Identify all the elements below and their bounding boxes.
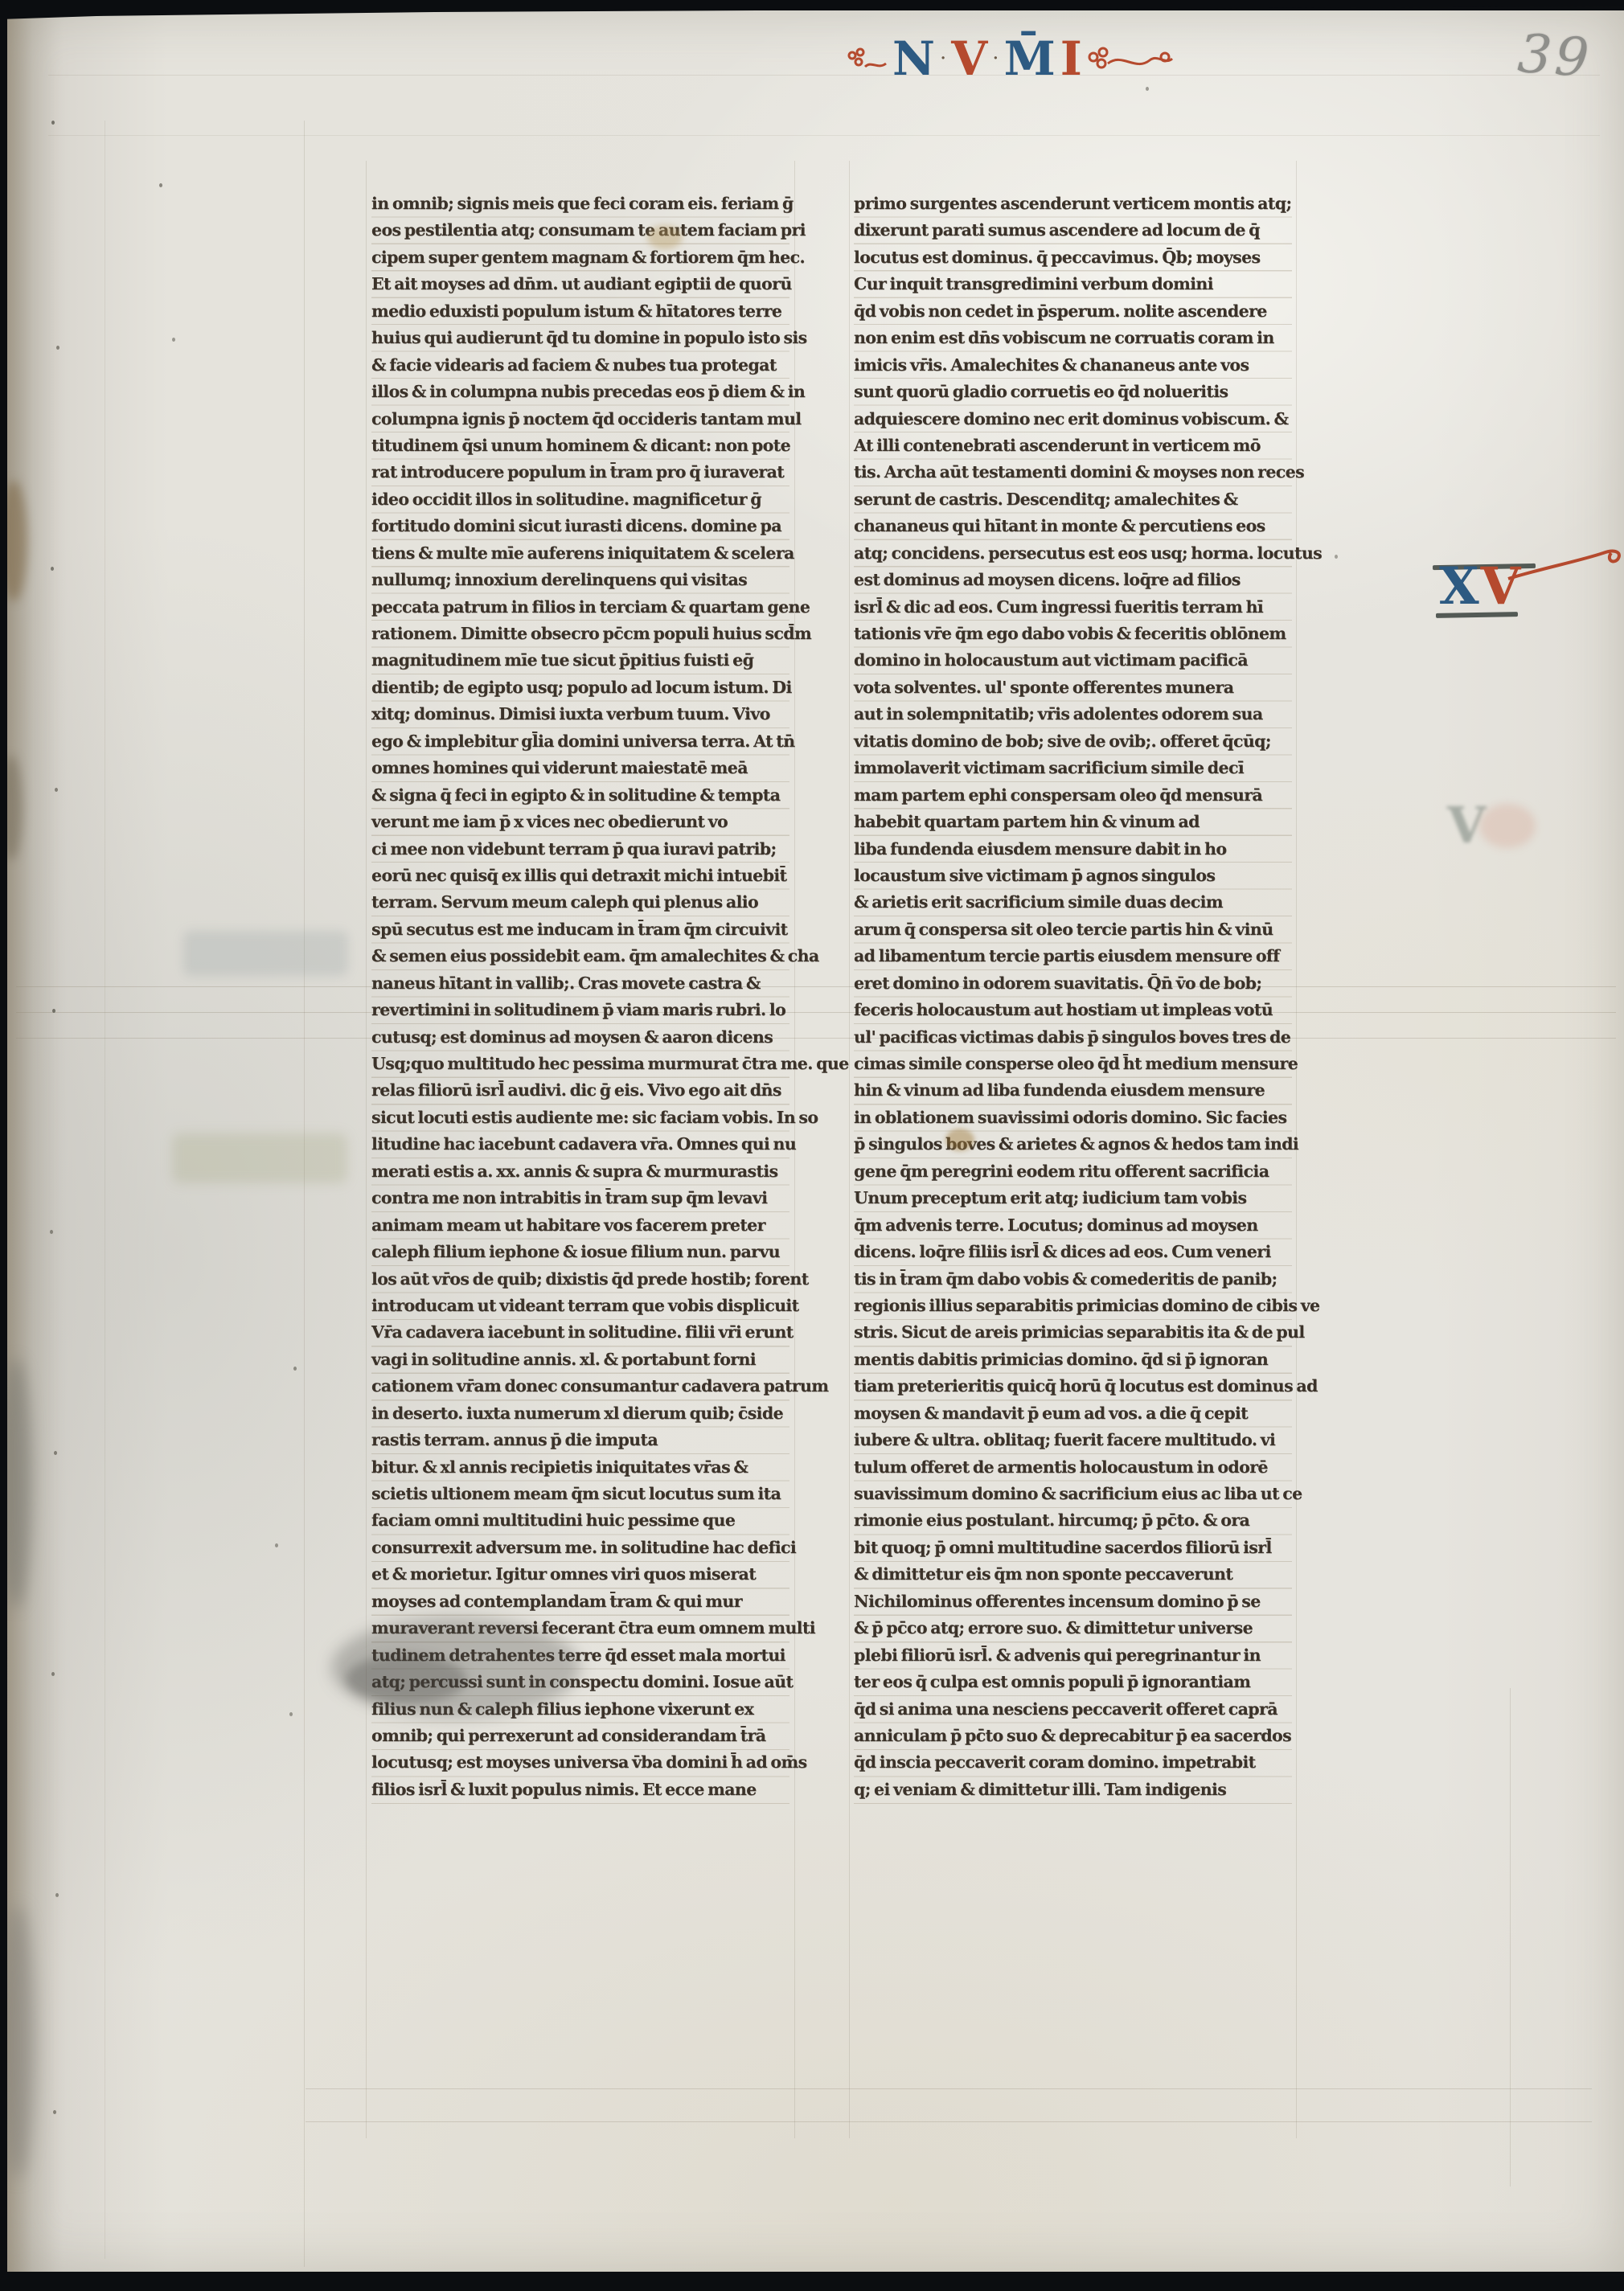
text-line: Nichilominus offerentes incensum domino … bbox=[854, 1588, 1292, 1615]
text-line: rimonie eius postulant. hircumq; p̄ pc̄t… bbox=[854, 1507, 1292, 1534]
ink-smudge bbox=[346, 1654, 466, 1704]
text-line: q̄d vobis non cedet in p̄sperum. nolite … bbox=[854, 298, 1292, 325]
stain bbox=[647, 225, 683, 249]
text-line: stris. Sicut de areis primicias separabi… bbox=[854, 1319, 1292, 1346]
text-line: bit quoq; p̄ omni multitudine sacerdos f… bbox=[854, 1535, 1292, 1561]
text-line: peccata patrum in filios in terciam & qu… bbox=[371, 594, 789, 621]
running-title-letter: M̄ bbox=[1004, 35, 1056, 82]
text-line: los aūt vr̄os de quib; dixistis q̄d pre… bbox=[371, 1266, 789, 1293]
text-line: sicut locuti estis audiente me: sic faci… bbox=[371, 1105, 789, 1131]
speck bbox=[172, 338, 175, 342]
text-line: nullumq; innoxium derelinquens qui visit… bbox=[371, 567, 789, 593]
stain bbox=[945, 1129, 974, 1151]
text-line: ad libamentum tercie partis eiusdem mens… bbox=[854, 943, 1292, 969]
ruling-line bbox=[306, 2088, 1592, 2089]
text-line: medio eduxisti populum istum & hītatore… bbox=[371, 298, 789, 325]
pricking-hole bbox=[51, 567, 54, 571]
text-line: Cur inquit transgredimini verbum domini bbox=[854, 271, 1292, 297]
text-line: non enim est dn̄s vobiscum ne corruatis … bbox=[854, 325, 1292, 351]
ruling-line bbox=[48, 75, 1600, 76]
chapter-marker-xv: XV bbox=[1433, 553, 1624, 641]
text-line: tiam preterieritis quicq̄ horū q̄ locut… bbox=[854, 1373, 1292, 1400]
text-line: chananeus qui hītant in monte & percuti… bbox=[854, 513, 1292, 539]
ruling-line bbox=[16, 1012, 1616, 1013]
text-line: rationem. Dimitte obsecro pc̄cm populi h… bbox=[371, 621, 789, 647]
rubric-flourish-left-icon bbox=[846, 46, 888, 78]
pricking-hole bbox=[53, 2110, 56, 2114]
speck bbox=[1335, 555, 1338, 559]
text-line: regionis illius separabitis primicias do… bbox=[854, 1293, 1292, 1319]
speck bbox=[275, 1543, 278, 1547]
pricking-hole bbox=[55, 1893, 59, 1897]
text-line: immolaverit victimam sacrificium simile … bbox=[854, 755, 1292, 781]
text-line: ideo occidit illos in solitudine. magnif… bbox=[371, 486, 789, 513]
text-line: & signa q̄ feci in egipto & in solitudin… bbox=[371, 782, 789, 809]
text-line: Usq;quo multitudo hec pessima murmurat c… bbox=[371, 1051, 789, 1077]
text-line: spū secutus est me inducam in t̄ram q̄m… bbox=[371, 916, 789, 943]
text-line: vitatis domino de bob; sive de ovib;. of… bbox=[854, 728, 1292, 755]
pricking-hole bbox=[51, 121, 55, 125]
text-line: ter eos q̄ culpa est omnis populi p̄ ign… bbox=[854, 1669, 1292, 1695]
text-line: ul' pacificas victimas dabis p̄ singulos… bbox=[854, 1024, 1292, 1051]
text-line: consurrexit adversum me. in solitudine h… bbox=[371, 1535, 789, 1561]
text-line: isrl̄ & dic ad eos. Cum ingressi fueriti… bbox=[854, 594, 1292, 621]
text-line: cimas simile consperse oleo q̄d h̄t medi… bbox=[854, 1051, 1292, 1077]
text-line: illos & in columpna nubis precedas eos p… bbox=[371, 379, 789, 405]
text-line: serunt de castris. Descenditq; amalechit… bbox=[854, 486, 1292, 513]
text-line: moyses ad contemplandam t̄ram & qui mur bbox=[371, 1588, 789, 1615]
text-line: domino in holocaustum aut victimam pacif… bbox=[854, 647, 1292, 674]
text-line: cationem vr̄am donec consumantur cadaver… bbox=[371, 1373, 789, 1400]
title-separator-dot: · bbox=[940, 35, 946, 82]
text-line: tiens & multe mīe auferens iniquitatem … bbox=[371, 540, 789, 567]
text-line: & p̄ pc̄co atq; errore suo. & dimittetur… bbox=[854, 1615, 1292, 1641]
text-line: locutusq; est moyses universa v̄ba domin… bbox=[371, 1749, 789, 1776]
text-line: tis in t̄ram q̄m dabo vobis & comederiti… bbox=[854, 1266, 1292, 1293]
text-line: & semen eius possidebit eam. q̄m amalech… bbox=[371, 943, 789, 969]
ruling-line bbox=[1510, 1688, 1511, 2186]
text-line: eos pestilentia atq; consumam te autem f… bbox=[371, 217, 789, 244]
text-line: vagi in solitudine annis. xl. & portabun… bbox=[371, 1346, 789, 1373]
pricking-hole bbox=[54, 1451, 57, 1455]
text-line: ego & implebitur gl̄ia domini universa t… bbox=[371, 728, 789, 755]
text-line: tationis vr̄e q̄m ego dabo vobis & fecer… bbox=[854, 621, 1292, 647]
text-line: p̄ singulos boves & arietes & agnos & he… bbox=[854, 1131, 1292, 1158]
text-line: in omnib; signis meis que feci coram eis… bbox=[371, 191, 789, 217]
speck bbox=[293, 1367, 297, 1371]
text-line: rat introducere populum in t̄ram pro q̄ … bbox=[371, 459, 789, 486]
photo-edge-left bbox=[0, 0, 7, 2291]
text-line: hin & vinum ad liba fundenda eiusdem men… bbox=[854, 1077, 1292, 1104]
ruling-line bbox=[849, 161, 850, 2138]
text-line: suavissimum domino & sacrificium eius ac… bbox=[854, 1481, 1292, 1507]
text-line: contra me non intrabitis in t̄ram sup q̄… bbox=[371, 1185, 789, 1211]
text-line: omnes homines qui viderunt maiestatē me… bbox=[371, 755, 789, 781]
text-line: q̄m advenis terre. Locutus; dominus ad m… bbox=[854, 1212, 1292, 1239]
text-line: bitur. & xl annis recipietis iniquitates… bbox=[371, 1454, 789, 1481]
folio-number: 39 bbox=[1515, 23, 1616, 91]
text-line: sunt quorū gladio corruetis eo q̄d nolu… bbox=[854, 379, 1292, 405]
pricking-hole bbox=[56, 346, 59, 350]
show-through-mark bbox=[1479, 804, 1536, 848]
text-line: anniculam p̄ pc̄to suo & deprecabitur p̄… bbox=[854, 1723, 1292, 1749]
running-title-letter: N bbox=[892, 35, 935, 82]
text-line: est dominus ad moysen dicens. loq̄re ad … bbox=[854, 567, 1292, 593]
text-line: At illi contenebrati ascenderunt in vert… bbox=[854, 432, 1292, 459]
text-line: tis. Archa aūt testamenti domini & moys… bbox=[854, 459, 1292, 486]
text-line: locaustum sive victimam p̄ agnos singulo… bbox=[854, 863, 1292, 889]
ruling-line bbox=[105, 121, 105, 2259]
text-line: locutus est dominus. q̄ peccavimus. Q̄b;… bbox=[854, 244, 1292, 271]
rubric-flourish-right-icon bbox=[1087, 44, 1175, 80]
chapter-letter: X bbox=[1439, 556, 1481, 617]
text-line: relas filiorū isrl̄ audivi. dic ḡ eis. … bbox=[371, 1077, 789, 1104]
text-line: merati estis a. xx. annis & supra & murm… bbox=[371, 1158, 789, 1185]
pricking-hole bbox=[52, 1009, 55, 1013]
text-line: xitq; dominus. Dimisi iuxta verbum tuum.… bbox=[371, 701, 789, 727]
show-through-mark bbox=[172, 1133, 347, 1183]
ruling-line bbox=[48, 135, 1600, 136]
text-line: magnitudinem mīe tue sicut p̄pitius fui… bbox=[371, 647, 789, 674]
pricking-hole bbox=[50, 1230, 53, 1234]
text-line: caleph filium iephone & iosue filium nun… bbox=[371, 1239, 789, 1265]
text-line: mentis dabitis primicias domino. q̄d si … bbox=[854, 1346, 1292, 1373]
running-title-letter: V bbox=[951, 35, 987, 82]
text-line: q; ei veniam & dimittetur illi. Tam indi… bbox=[854, 1777, 1292, 1803]
text-line: verunt me iam p̄ x vices nec obedierunt … bbox=[371, 809, 789, 835]
text-line: eret domino in odorem suavitatis. Q̄n̄ v… bbox=[854, 970, 1292, 997]
text-line: mam partem ephi conspersam oleo q̄d mens… bbox=[854, 782, 1292, 809]
speck bbox=[1146, 87, 1149, 91]
text-line: aut in solempnitatib; vr̄is adolentes od… bbox=[854, 701, 1292, 727]
text-line: fortitudo domini sicut iurasti dicens. d… bbox=[371, 513, 789, 539]
speck bbox=[159, 183, 162, 187]
speck bbox=[289, 1712, 293, 1716]
text-line: terram. Servum meum caleph qui plenus al… bbox=[371, 889, 789, 916]
text-line: cipem super gentem magnam & fortiorem q̄… bbox=[371, 244, 789, 271]
text-line: iubere & ultra. oblitaq; fuerit facere m… bbox=[854, 1427, 1292, 1453]
text-line: gene q̄m peregrini eodem ritu offerent s… bbox=[854, 1158, 1292, 1185]
text-line: eorū nec quisq̄ ex illis qui detraxit m… bbox=[371, 863, 789, 889]
text-line: rastis terram. annus p̄ die imputa bbox=[371, 1427, 789, 1453]
text-line: omnib; qui perrexerunt ad considerandam … bbox=[371, 1723, 789, 1749]
text-line: imicis vr̄is. Amalechites & chananeus an… bbox=[854, 352, 1292, 379]
pricking-hole bbox=[55, 788, 58, 792]
title-separator-dot: · bbox=[992, 35, 999, 82]
text-line: animam meam ut habitare vos facerem pret… bbox=[371, 1212, 789, 1239]
text-line: tulum offeret de armentis holocaustum in… bbox=[854, 1454, 1292, 1481]
text-line: dientib; de egipto usq; populo ad locum … bbox=[371, 674, 789, 701]
text-line: habebit quartam partem hin & vinum ad bbox=[854, 809, 1292, 835]
text-line: scietis ultionem meam q̄m sicut locutus … bbox=[371, 1481, 789, 1507]
text-line: filios isrl̄ & luxit populus nimis. Et e… bbox=[371, 1777, 789, 1803]
text-line: atq; concidens. persecutus est eos usq; … bbox=[854, 540, 1292, 567]
text-line: Unum preceptum erit atq; iudicium tam vo… bbox=[854, 1185, 1292, 1211]
text-line: cutusq; est dominus ad moysen & aaron di… bbox=[371, 1024, 789, 1051]
text-line: litudine hac iacebunt cadavera vr̄a. Omn… bbox=[371, 1131, 789, 1158]
text-line: huius qui audierunt q̄d tu domine in pop… bbox=[371, 325, 789, 351]
text-line: in oblationem suavissimi odoris domino. … bbox=[854, 1105, 1292, 1131]
show-through-mark bbox=[183, 931, 348, 976]
ruling-line bbox=[304, 121, 305, 2267]
text-line: revertimini in solitudinem p̄ viam maris… bbox=[371, 997, 789, 1023]
rubric-flourish-icon bbox=[1507, 542, 1624, 582]
text-column-right: primo surgentes ascenderunt verticem mon… bbox=[854, 191, 1292, 1806]
running-title-letter: I bbox=[1060, 35, 1082, 82]
text-line: & arietis erit sacrificium simile duas d… bbox=[854, 889, 1292, 916]
ruling-line bbox=[16, 1038, 1616, 1039]
text-line: Et ait moyses ad dn̄m. ut audiant egipti… bbox=[371, 271, 789, 297]
text-line: introducam ut videant terram que vobis d… bbox=[371, 1293, 789, 1319]
text-line: columpna ignis p̄ noctem q̄d occideris t… bbox=[371, 406, 789, 432]
text-line: q̄d si anima una nesciens peccaverit off… bbox=[854, 1696, 1292, 1723]
ruling-line bbox=[366, 161, 367, 2138]
text-line: feceris holocaustum aut hostiam ut imple… bbox=[854, 997, 1292, 1023]
pricking-hole bbox=[51, 1672, 55, 1676]
text-line: faciam omni multitudini huic pessime que bbox=[371, 1507, 789, 1534]
running-title: N · V · M̄ I bbox=[846, 24, 1175, 93]
text-line: primo surgentes ascenderunt verticem mon… bbox=[854, 191, 1292, 217]
text-line: et & morietur. Igitur omnes viri quos mi… bbox=[371, 1561, 789, 1588]
ruling-line bbox=[306, 2121, 1592, 2122]
text-line: liba fundenda eiusdem mensure dabit in h… bbox=[854, 836, 1292, 863]
text-line: dixerunt parati sumus ascendere ad locum… bbox=[854, 217, 1292, 244]
text-line: adquiescere domino nec erit dominus vobi… bbox=[854, 406, 1292, 432]
text-line: & dimittetur eis q̄m non sponte peccaver… bbox=[854, 1561, 1292, 1588]
text-line: titudinem q̄si unum hominem & dicant: no… bbox=[371, 432, 789, 459]
text-line: vota solventes. ul' sponte offerentes mu… bbox=[854, 674, 1292, 701]
text-line: moysen & mandavit p̄ eum ad vos. a die q… bbox=[854, 1400, 1292, 1427]
ruling-line bbox=[16, 986, 1616, 987]
text-line: dicens. loq̄re filiis isrl̄ & dices ad e… bbox=[854, 1239, 1292, 1265]
text-line: naneus hītant in vallib;. Cras movete c… bbox=[371, 970, 789, 997]
text-line: ci mee non videbunt terram p̄ qua iuravi… bbox=[371, 836, 789, 863]
text-column-left: in omnib; signis meis que feci coram eis… bbox=[371, 191, 789, 1806]
text-line: q̄d inscia peccaverit coram domino. impe… bbox=[854, 1749, 1292, 1776]
text-line: arum q̄ conspersa sit oleo tercie partis… bbox=[854, 916, 1292, 943]
text-line: plebi filiorū isrl̄. & advenis qui pere… bbox=[854, 1642, 1292, 1669]
text-line: & facie videaris ad faciem & nubes tua p… bbox=[371, 352, 789, 379]
photo-edge-bottom bbox=[0, 2268, 1624, 2291]
text-line: Vr̄a cadavera iacebunt in solitudine. fi… bbox=[371, 1319, 789, 1346]
text-line: in deserto. iuxta numerum xl dierum quib… bbox=[371, 1400, 789, 1427]
